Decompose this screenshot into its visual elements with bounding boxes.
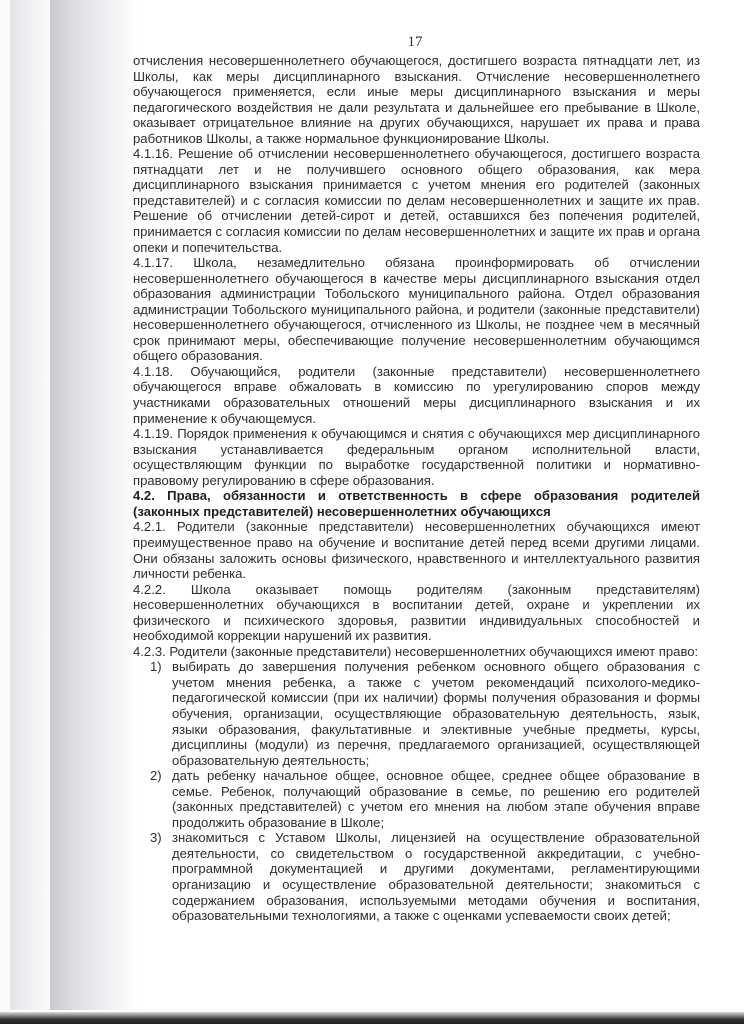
- scan-bottom-edge: [0, 1012, 744, 1024]
- list-item-text: дать ребенку начальное общее, основное о…: [172, 768, 700, 830]
- paragraph-4-2-3: 4.2.3. Родители (законные представители)…: [133, 644, 700, 660]
- list-item: 1) выбирать до завершения получения ребе…: [133, 659, 700, 768]
- paragraph-expulsion-continuation: отчисления несовершеннолетнего обучающег…: [133, 53, 700, 146]
- paragraph-4-1-18: 4.1.18. Обучающийся, родители (законные …: [133, 364, 700, 426]
- list-item-text: знакомиться с Уставом Школы, лицензией н…: [172, 830, 700, 923]
- list-item-text: выбирать до завершения получения ребенко…: [172, 659, 700, 767]
- paragraph-4-2-2: 4.2.2. Школа оказывает помощь родителям …: [133, 582, 700, 644]
- page-number: 17: [400, 34, 430, 51]
- paragraph-4-2-1: 4.2.1. Родители (законные представители)…: [133, 519, 700, 581]
- list-item: 2) дать ребенку начальное общее, основно…: [133, 768, 700, 830]
- list-item-number: 1): [150, 659, 162, 675]
- adjacent-page-strip: [0, 0, 10, 1024]
- paragraph-4-1-19: 4.1.19. Порядок применения к обучающимся…: [133, 426, 700, 488]
- document-body: отчисления несовершеннолетнего обучающег…: [133, 53, 700, 924]
- list-item-number: 2): [150, 768, 162, 784]
- section-heading-4-2: 4.2. Права, обязанности и ответственност…: [133, 488, 700, 519]
- previous-page-edge: [10, 0, 50, 1010]
- paragraph-4-1-17: 4.1.17. Школа, незамедлительно обязана п…: [133, 255, 700, 364]
- paragraph-4-1-16: 4.1.16. Решение об отчислении несовершен…: [133, 146, 700, 255]
- binding-shadow: [50, 0, 140, 1010]
- list-item-number: 3): [150, 830, 162, 846]
- list-item: 3) знакомиться с Уставом Школы, лицензие…: [133, 830, 700, 923]
- parent-rights-list: 1) выбирать до завершения получения ребе…: [133, 659, 700, 923]
